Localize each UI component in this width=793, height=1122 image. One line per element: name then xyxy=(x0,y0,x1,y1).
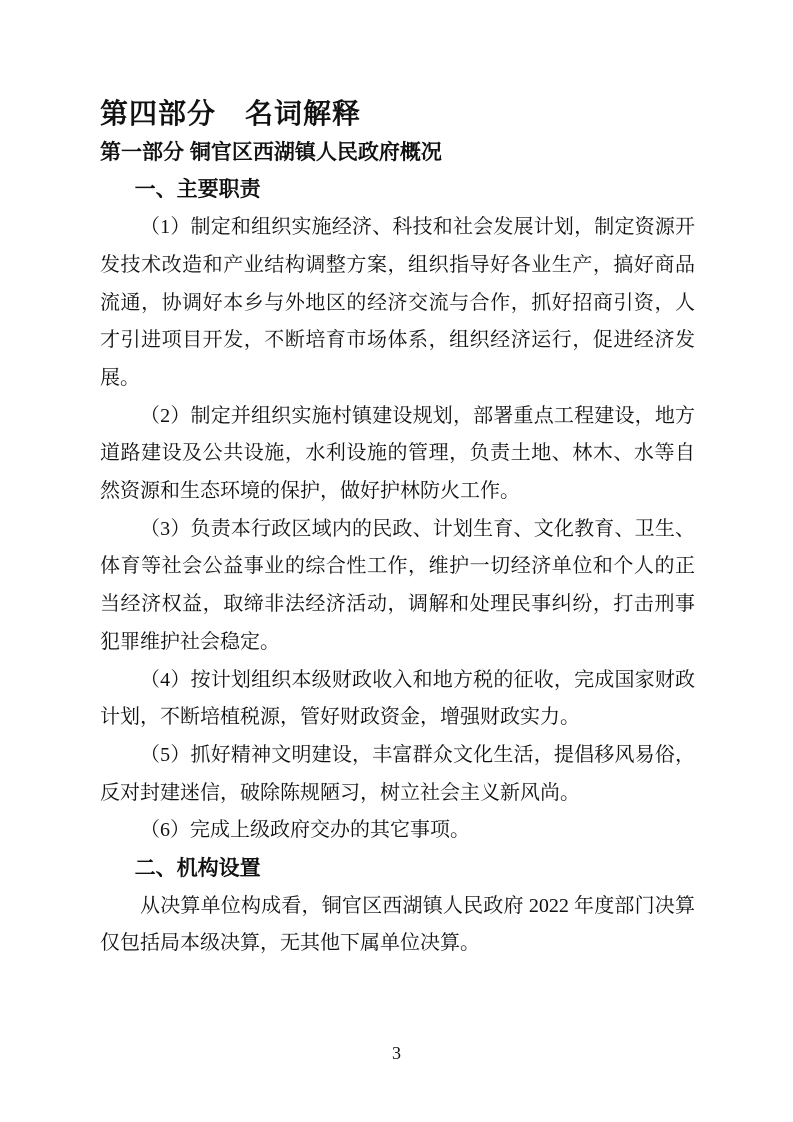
section-heading-main-duties: 一、主要职责 xyxy=(100,171,695,209)
page-number: 3 xyxy=(0,1042,793,1064)
paragraph-duty-3: （3）负责本行政区域内的民政、计划生育、文化教育、卫生、体育等社会公益事业的综合… xyxy=(100,511,695,662)
document-page: 第四部分 名词解释 第一部分 铜官区西湖镇人民政府概况 一、主要职责 （1）制定… xyxy=(0,0,793,1122)
paragraph-duty-4: （4）按计划组织本级财政收入和地方税的征收，完成国家财政计划，不断培植税源，管好… xyxy=(100,662,695,737)
document-content: 第四部分 名词解释 第一部分 铜官区西湖镇人民政府概况 一、主要职责 （1）制定… xyxy=(100,96,695,963)
doc-subtitle: 第一部分 铜官区西湖镇人民政府概况 xyxy=(100,134,695,172)
paragraph-duty-6: （6）完成上级政府交办的其它事项。 xyxy=(100,812,695,850)
paragraph-duty-1: （1）制定和组织实施经济、科技和社会发展计划，制定资源开发技术改造和产业结构调整… xyxy=(100,209,695,398)
paragraph-duty-2: （2）制定并组织实施村镇建设规划，部署重点工程建设，地方道路建设及公共设施，水利… xyxy=(100,398,695,511)
paragraph-duty-5: （5）抓好精神文明建设，丰富群众文化生活，提倡移风易俗，反对封建迷信，破除陈规陋… xyxy=(100,737,695,812)
section-heading-organization: 二、机构设置 xyxy=(100,850,695,888)
doc-title: 第四部分 名词解释 xyxy=(100,96,695,134)
paragraph-organization: 从决算单位构成看，铜官区西湖镇人民政府 2022 年度部门决算仅包括局本级决算，… xyxy=(100,888,695,963)
